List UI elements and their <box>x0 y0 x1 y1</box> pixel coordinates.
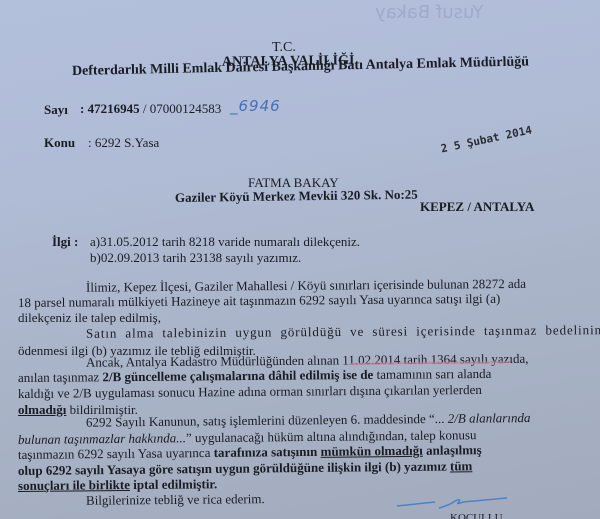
body-line: olup 6292 sayılı Yasaya göre satışın uyg… <box>18 458 473 479</box>
text-span: tamamının sarı alanda <box>373 366 491 382</box>
text-span: 6292 Sayılı Kanunun, satış işlemlerini d… <box>86 411 448 430</box>
document-page: Yusuf Bakay T.C. ANTALYA VALİLİĞİ Defter… <box>0 0 600 519</box>
bold-span: anlaşılmış <box>423 442 482 458</box>
ilgi-a: a)31.05.2012 tarih 8218 varide numaralı … <box>90 234 360 250</box>
bold-span: 2/B güncelleme çalışmalarına dâhil edilm… <box>102 367 373 384</box>
italic-span: bulunan taşınmazlar hakkında... <box>18 430 186 447</box>
bold-span: olup 6292 sayılı Yasaya göre satışın uyg… <box>18 458 450 478</box>
recipient-address: Gaziler Köyü Merkez Mevkii 320 Sk. No:25 <box>175 187 418 206</box>
closing-line: Bilgilerinize tebliğ ve rica ederim. <box>52 491 265 509</box>
body-line: Satın alma talebinizin uygun görüldüğü v… <box>52 322 600 342</box>
sayi-number-rest: / 07000124583 <box>140 101 222 116</box>
body-line: dilekçeniz ile talep edilmiş, <box>18 310 161 326</box>
konu-value: : 6292 S.Yasa <box>88 135 159 151</box>
date-stamp: 2 5 Şubat 2014 <box>440 124 533 156</box>
sayi-label: Sayı <box>44 102 68 118</box>
body-line: kaldığı ve 2/B uygulaması sonucu Hazine … <box>18 382 482 402</box>
underlined-bold-span: tüm <box>450 458 473 473</box>
bold-span: iptal edilmiştir. <box>130 476 217 492</box>
signatory-name: KOCULLU <box>450 512 503 519</box>
ilgi-b: b)02.09.2013 tarih 23138 sayılı yazımız. <box>90 250 301 266</box>
underlined-bold-span: sonuçları ile birlikte <box>18 477 130 493</box>
header-department: Defterdarlık Milli Emlak Dairesi Başkanl… <box>72 54 529 80</box>
ilgi-label: İlgi : <box>52 234 78 250</box>
underlined-bold-span: mümkün olmadığı <box>320 443 422 459</box>
signature-scribble <box>395 492 525 512</box>
handwritten-number: _6946 <box>230 97 281 115</box>
text-span: taşınmazın 6292 sayılı Yasa uyarınca <box>18 445 214 462</box>
konu-label: Konu <box>44 135 75 151</box>
sayi-value: : 47216945 / 07000124583 <box>80 101 221 117</box>
italic-span: 2/B alanlarında <box>448 410 531 426</box>
faint-handwriting: Yusuf Bakay <box>375 2 483 23</box>
text-span: anılan taşınmaz <box>18 369 103 385</box>
recipient-city: KEPEZ / ANTALYA <box>420 199 534 215</box>
body-line: 18 parsel numaralı mülkiyeti Hazineye ai… <box>18 291 500 311</box>
bold-span: tarafınıza satışının <box>214 444 321 460</box>
sayi-number-bold: : 47216945 <box>80 101 140 116</box>
